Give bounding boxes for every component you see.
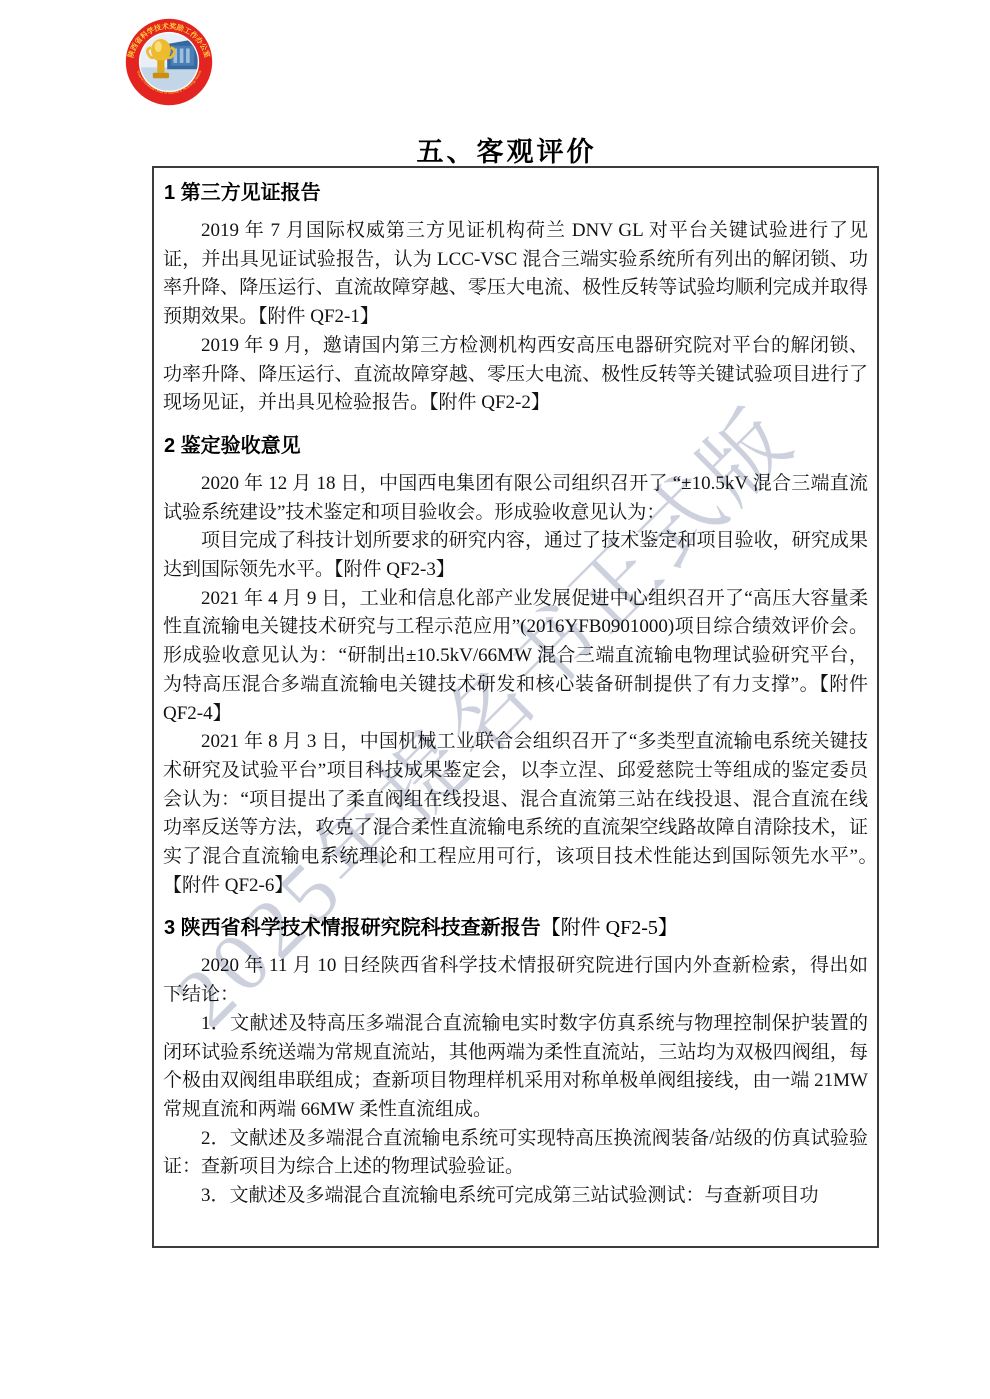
paragraph: 2020 年 12 月 18 日，中国西电集团有限公司组织召开了 “±10.5k…	[163, 470, 868, 527]
document-page: 2025年提名书正式版 陕西	[0, 0, 990, 1399]
page-title: 五、客观评价	[152, 130, 861, 169]
paragraph: 2019 年 7 月国际权威第三方见证机构荷兰 DNV GL 对平台关键试验进行…	[163, 217, 868, 332]
section-3-heading-attachment-ref: 【附件 QF2-5】	[541, 917, 678, 939]
paragraph: 2021 年 4 月 9 日，工业和信息化部产业发展促进中心组织召开了“高压大容…	[163, 585, 868, 729]
paragraph: 2．文献述及多端混合直流输电系统可实现特高压换流阀装备/站级的仿真试验验证：查新…	[163, 1125, 868, 1182]
section-1-heading: 1 第三方见证报告	[164, 179, 868, 208]
section-3-heading-text: 3 陕西省科学技术情报研究院科技查新报告	[164, 917, 541, 939]
paragraph: 2019 年 9 月，邀请国内第三方检测机构西安高压电器研究院对平台的解闭锁、功…	[163, 332, 868, 418]
section-2-heading-text: 2 鉴定验收意见	[164, 435, 301, 457]
paragraph: 1．文献述及特高压多端混合直流输电实时数字仿真系统与物理控制保护装置的闭环试验系…	[163, 1010, 868, 1125]
paragraph: 2021 年 8 月 3 日，中国机械工业联合会组织召开了“多类型直流输电系统关…	[163, 728, 868, 900]
section-3-heading: 3 陕西省科学技术情报研究院科技查新报告【附件 QF2-5】	[164, 914, 868, 943]
paragraph: 项目完成了科技计划所要求的研究内容，通过了技术鉴定和项目验收，研究成果达到国际领…	[163, 527, 868, 584]
award-office-seal-logo: 陕西省科学技术奖励工作办公室 Shaanxi Provincial Office…	[124, 17, 214, 107]
seal-icon: 陕西省科学技术奖励工作办公室 Shaanxi Provincial Office…	[124, 17, 214, 107]
seal-center-picture	[140, 33, 198, 91]
paragraph: 3．文献述及多端混合直流输电系统可完成第三站试验测试：与查新项目功	[163, 1182, 868, 1211]
section-2-heading: 2 鉴定验收意见	[164, 432, 868, 461]
paragraph: 2020 年 11 月 10 日经陕西省科学技术情报研究院进行国内外查新检索，得…	[163, 952, 868, 1009]
content-box: 1 第三方见证报告 2019 年 7 月国际权威第三方见证机构荷兰 DNV GL…	[152, 166, 879, 1248]
section-1-heading-text: 1 第三方见证报告	[164, 182, 321, 204]
